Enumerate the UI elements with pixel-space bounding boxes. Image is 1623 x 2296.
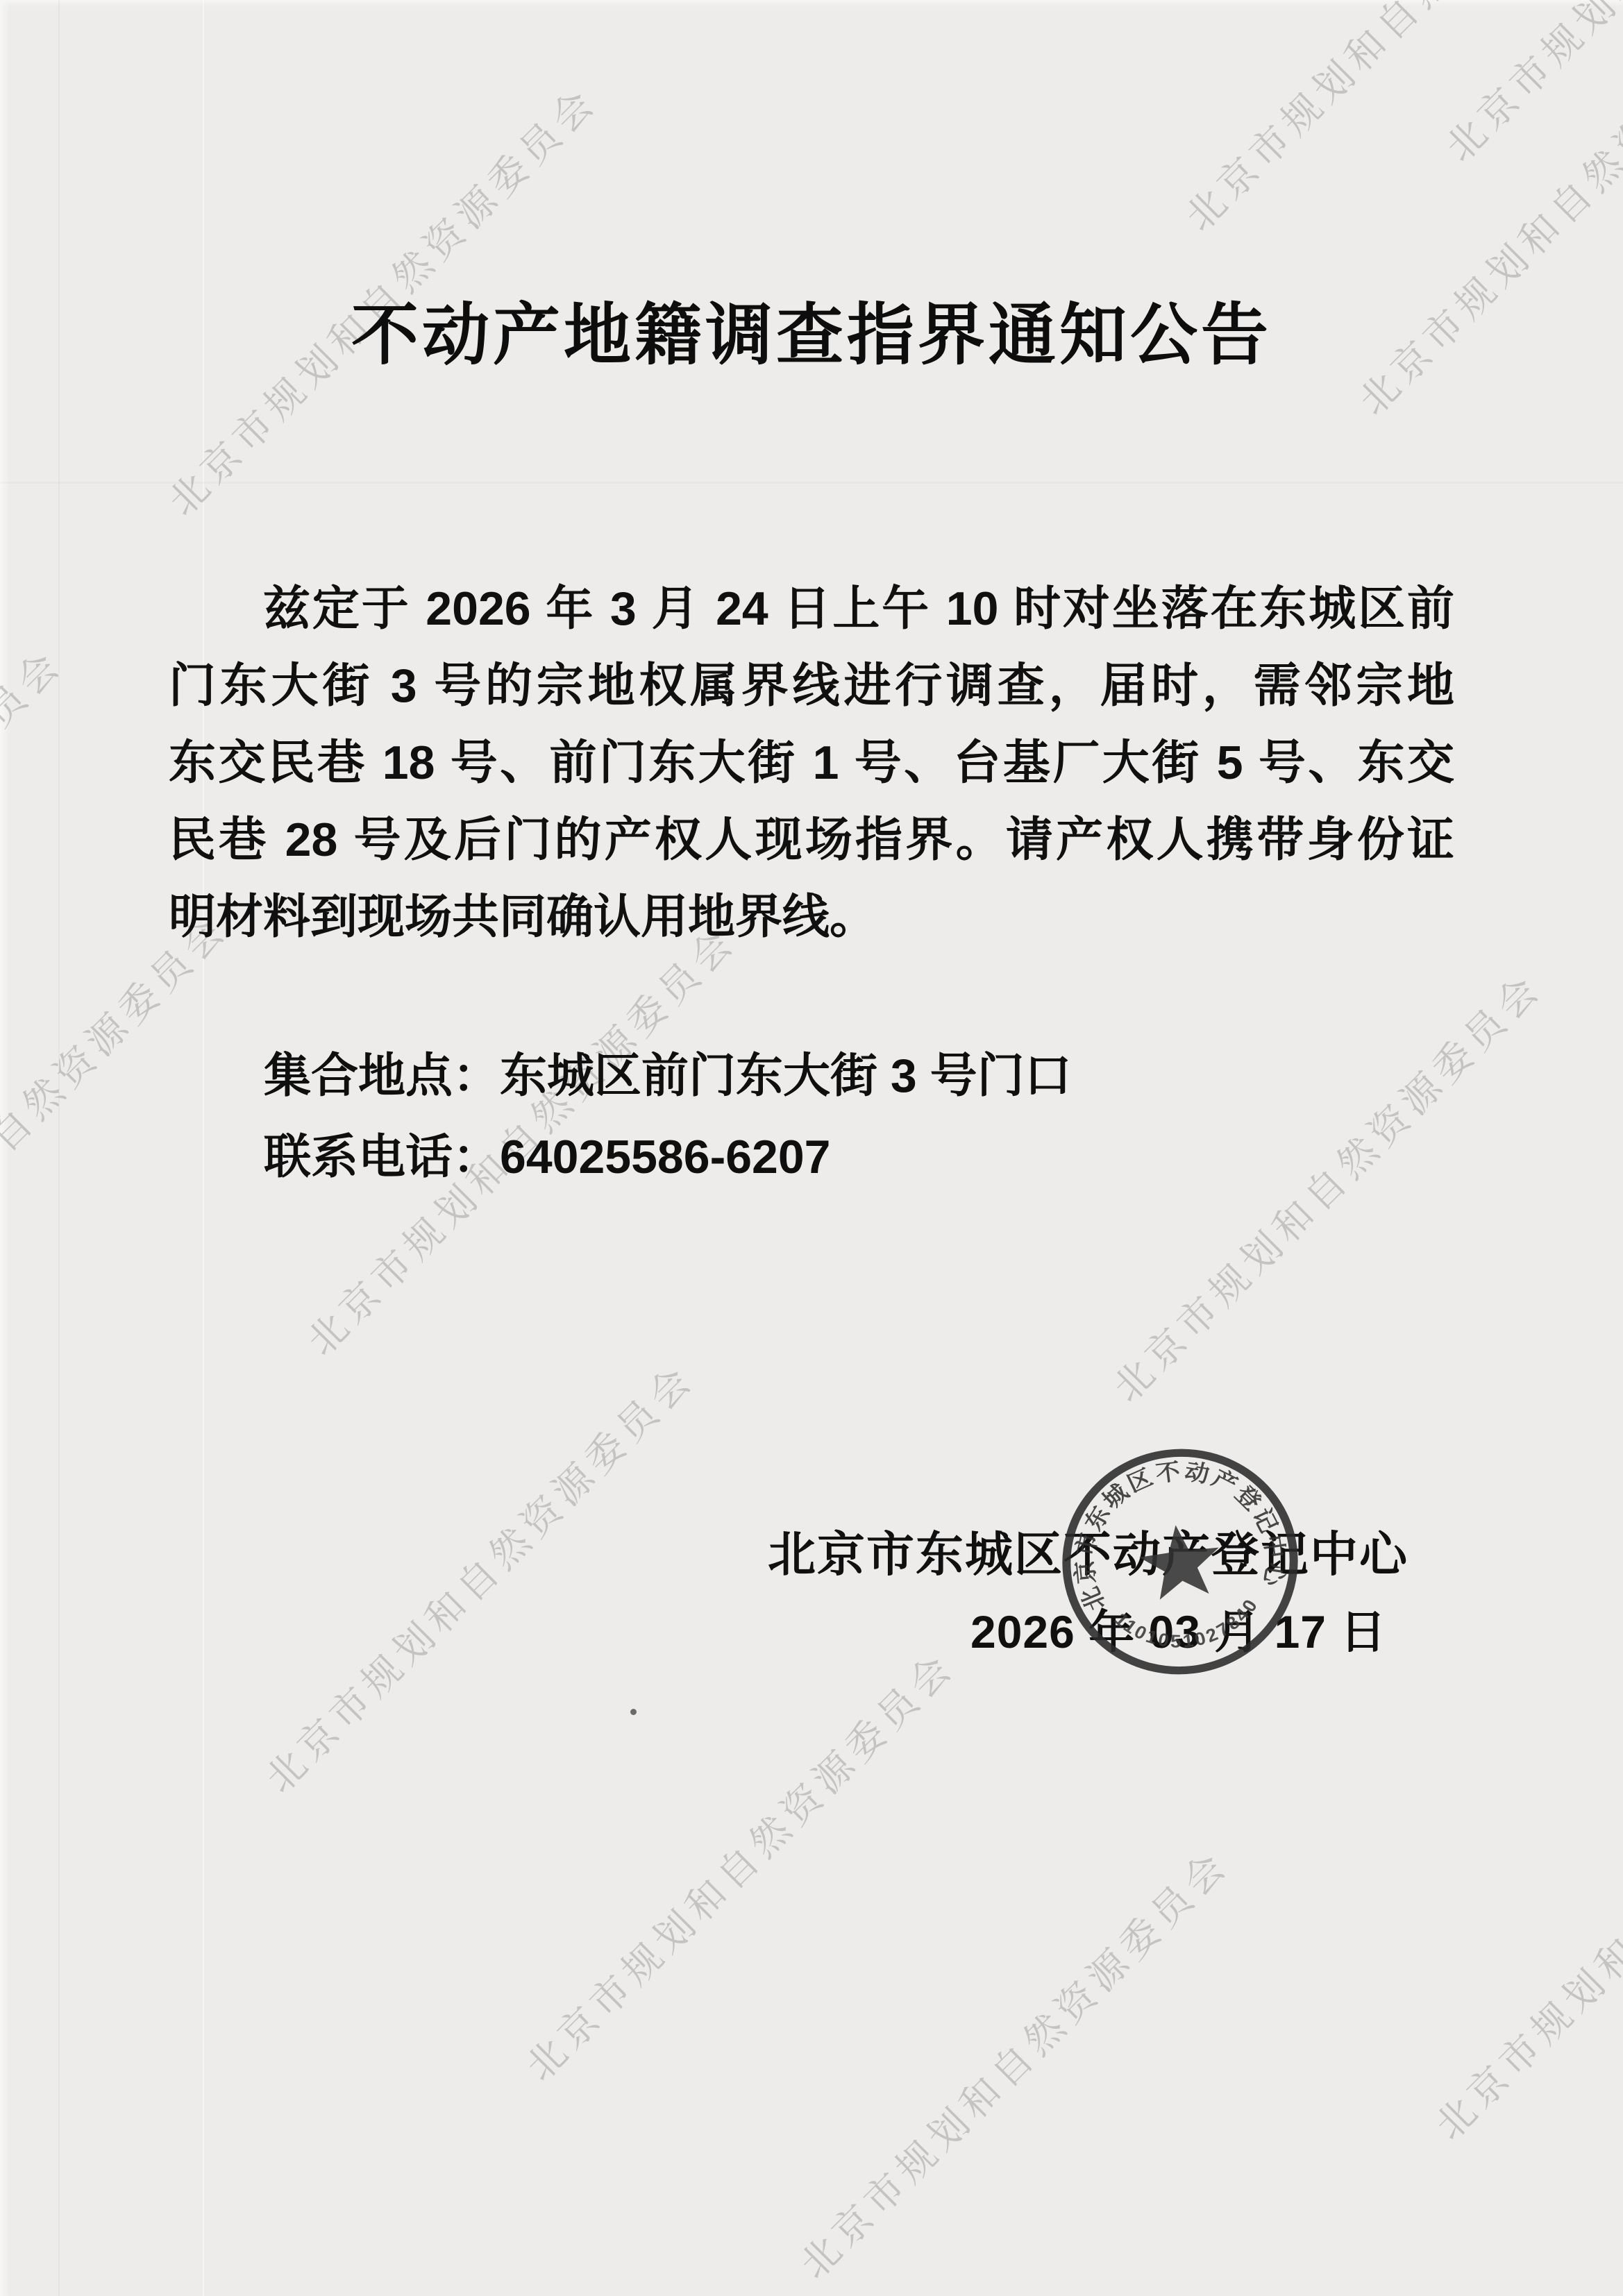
document-content: 不动产地籍调查指界通知公告 兹定于 2026 年 3 月 24 日上午 10 时… (0, 0, 1623, 2296)
meeting-point-row: 集合地点：东城区前门东大街 3 号门口 (264, 1036, 1072, 1117)
body-line: 门东大街 3 号的宗地权属界线进行调查，届时，需邻宗地 (169, 648, 1454, 725)
official-seal: 北京市东城区不动产登记中心 1101051027840 (1038, 1426, 1322, 1697)
seal-star (1136, 1520, 1224, 1601)
notice-title: 不动产地籍调查指界通知公告 (0, 280, 1623, 378)
meeting-info-block: 集合地点：东城区前门东大街 3 号门口 联系电话：64025586-6207 (264, 1036, 1072, 1198)
body-line: 东交民巷 18 号、前门东大街 1 号、台基厂大街 5 号、东交 (169, 725, 1454, 802)
ink-speck (630, 1709, 637, 1715)
meeting-point-value: 东城区前门东大街 3 号门口 (500, 1049, 1072, 1102)
body-paragraph: 兹定于 2026 年 3 月 24 日上午 10 时对坐落在东城区前 门东大街 … (169, 571, 1454, 956)
contact-row: 联系电话：64025586-6207 (264, 1117, 1072, 1198)
meeting-point-label: 集合地点： (264, 1049, 500, 1102)
body-line: 兹定于 2026 年 3 月 24 日上午 10 时对坐落在东城区前 (169, 571, 1454, 648)
scanned-notice-page: 北京市规划和自然资源委员会 北京市规划和自然资源委员会 北京市规划和自然资源委员… (0, 0, 1623, 2296)
contact-label: 联系电话： (264, 1131, 500, 1183)
body-line: 明材料到现场共同确认用地界线。 (169, 879, 1454, 956)
body-line: 民巷 28 号及后门的产权人现场指界。请产权人携带身份证 (169, 802, 1454, 879)
contact-value: 64025586-6207 (500, 1131, 830, 1183)
